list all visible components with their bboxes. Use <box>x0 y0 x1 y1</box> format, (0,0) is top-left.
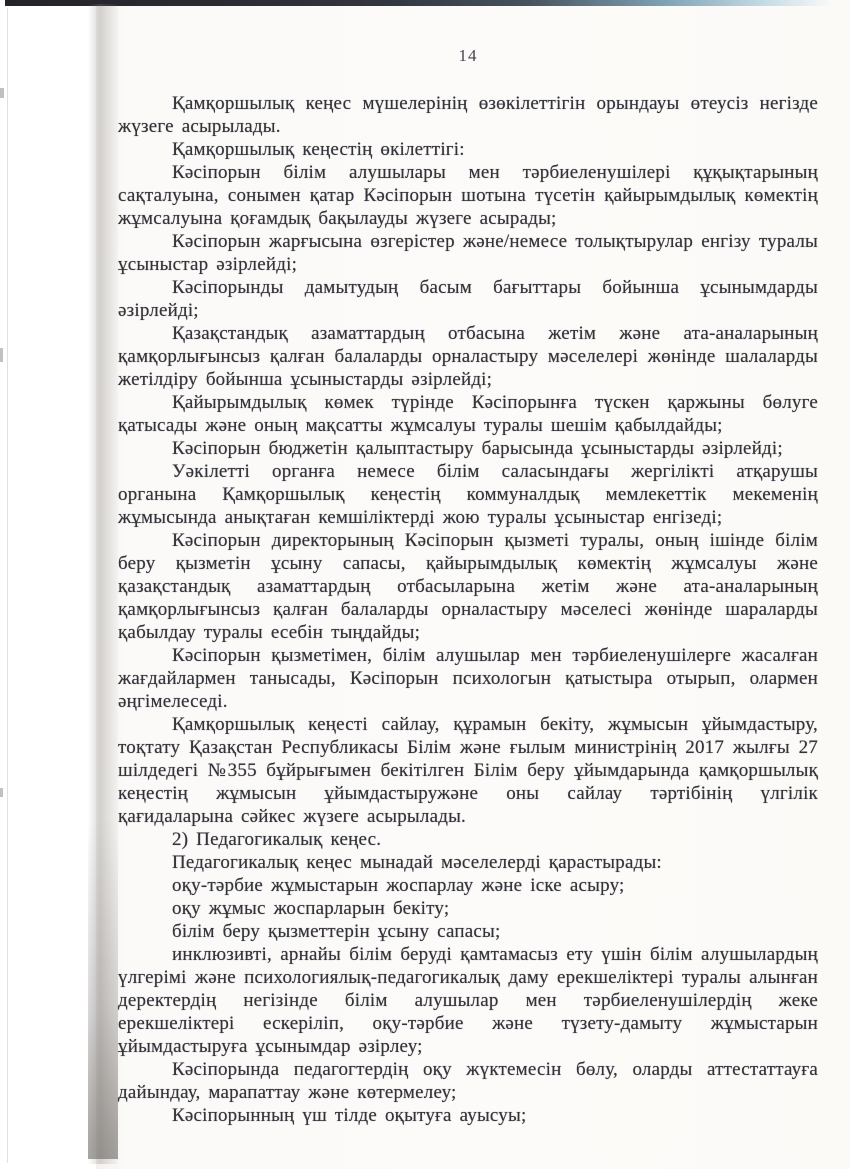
paragraph: Кәсіпорын білім алушылары мен тәрбиелену… <box>118 161 818 230</box>
paragraph: Кәсіпорын қызметімен, білім алушылар мен… <box>118 644 818 713</box>
paragraph: Кәсіпорын директорының Кәсіпорын қызметі… <box>118 529 818 644</box>
scan-artifact <box>0 788 3 797</box>
paragraph: Кәсіпорында педагогтердің оқу жүктемесін… <box>118 1058 818 1104</box>
paragraph: Кәсіпорынды дамытудың басым бағыттары бо… <box>118 276 818 322</box>
paragraph: Педагогикалық кеңес мынадай мәселелерді … <box>118 851 818 874</box>
binding-shadow-dark <box>88 819 118 1159</box>
scan-artifact <box>0 348 3 362</box>
page-number: 14 <box>118 46 818 66</box>
scanned-document-page: 14 Қамқоршылық кеңес мүшелерінің өзөкіле… <box>0 0 850 1169</box>
paragraph: Қайырымдылық көмек түрінде Кәсіпорынға т… <box>118 391 818 437</box>
paragraph: Кәсіпорын жарғысына өзгерістер және/неме… <box>118 230 818 276</box>
paragraph: Қамқоршылық кеңестің өкілеттігі: <box>118 138 818 161</box>
paragraph: Кәсіпорын бюджетін қалыптастыру барысынд… <box>118 437 818 460</box>
paragraph: Қазақстандық азаматтардың отбасына жетім… <box>118 322 818 391</box>
scanner-edge-line <box>7 8 8 1163</box>
paragraph: 2) Педагогикалық кеңес. <box>118 828 818 851</box>
paragraph: білім беру қызметтерін ұсыну сапасы; <box>118 920 818 943</box>
paragraph: Кәсіпорынның үш тілде оқытуға ауысуы; <box>118 1104 818 1127</box>
paragraph: оқу жұмыс жоспарларын бекіту; <box>118 897 818 920</box>
paragraph: инклюзивті, арнайы білім беруді қамтамас… <box>118 943 818 1058</box>
paragraph: Қамқоршылық кеңесті сайлау, құрамын бекі… <box>118 713 818 828</box>
scan-artifact <box>0 88 4 98</box>
scanner-top-edge <box>5 0 850 6</box>
binding-shadow <box>88 4 118 1164</box>
paragraph: Қамқоршылық кеңес мүшелерінің өзөкілетті… <box>118 92 818 138</box>
paragraph: Уәкілетті органға немесе білім саласында… <box>118 460 818 529</box>
text-column: 14 Қамқоршылық кеңес мүшелерінің өзөкіле… <box>118 46 818 1127</box>
paragraph: оқу-тәрбие жұмыстарын жоспарлау және іск… <box>118 874 818 897</box>
